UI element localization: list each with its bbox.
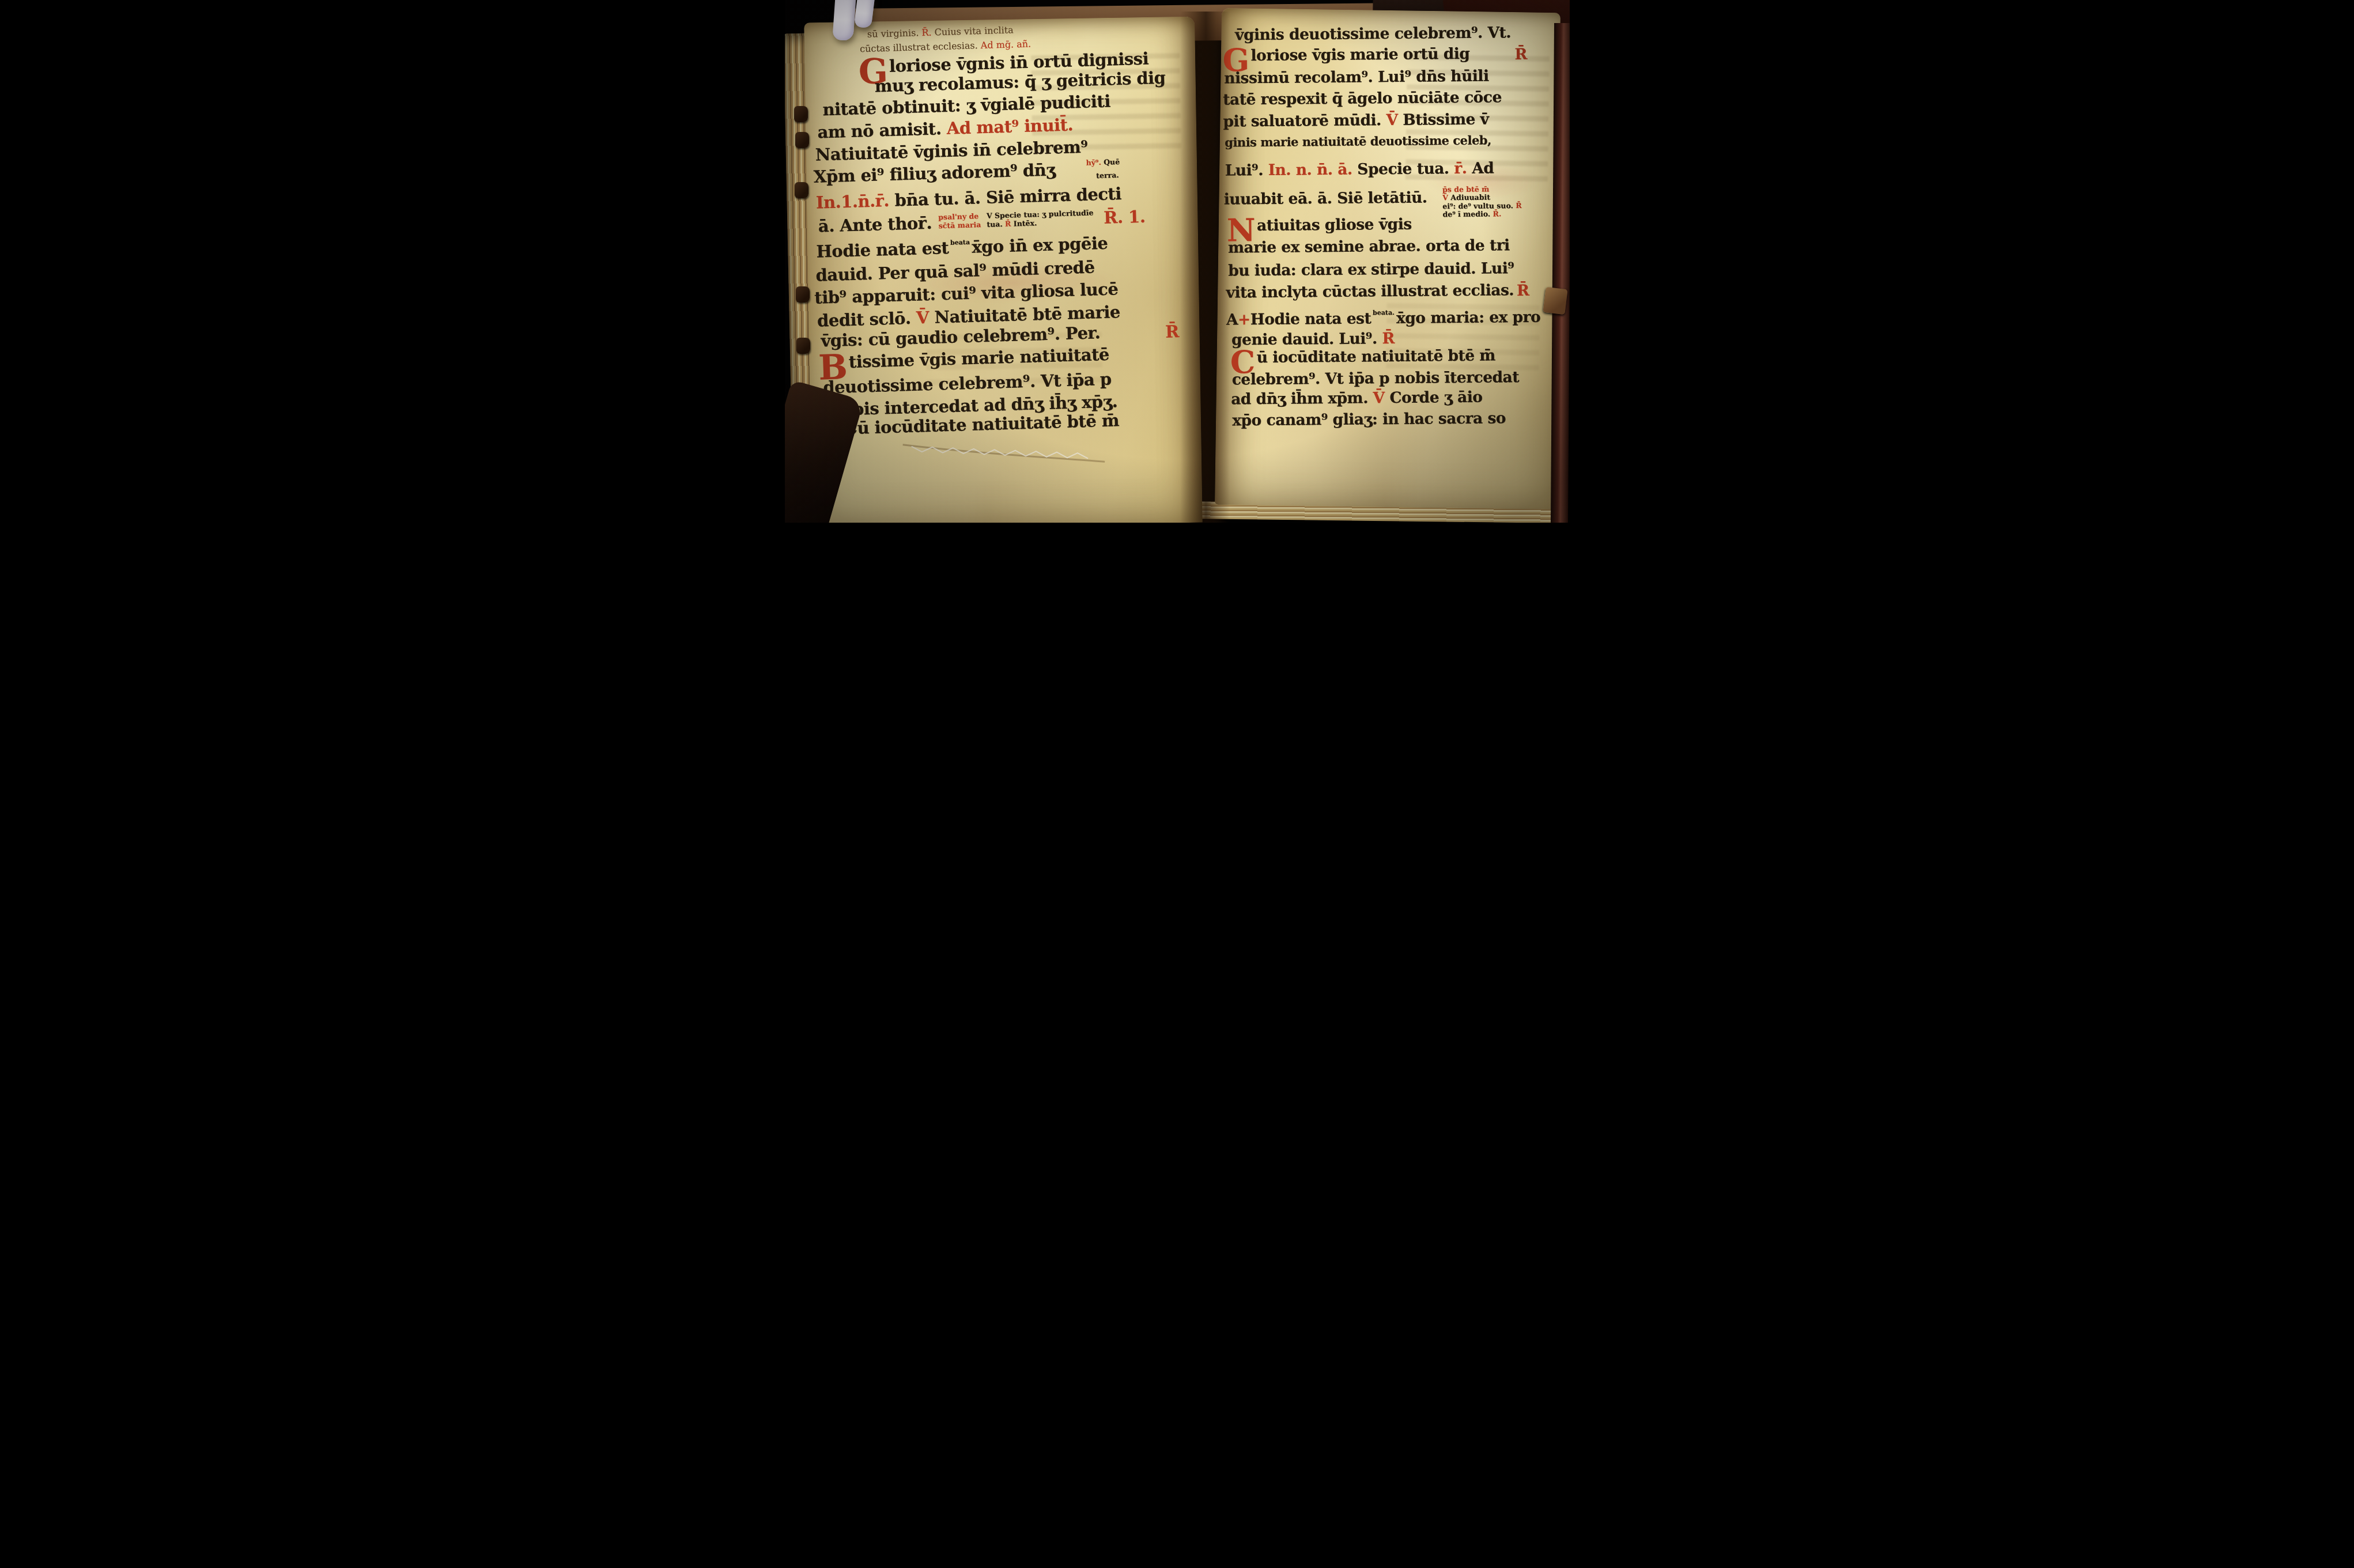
text-segment: dedit sclō. (817, 308, 916, 330)
rubric: R̄ (1516, 201, 1522, 210)
text-line: pit saluatorē mūdi. V̄ Btissime v̄ (1223, 112, 1488, 130)
text-line: ad dn̄ʒ ih̄m xp̄m. V̄ Corde ʒ āio (1230, 390, 1482, 407)
rubric: V̄ (1373, 389, 1389, 407)
text-line: Natiuitatē v̄ginis in̄ celebrem⁹ (815, 138, 1087, 163)
text-segment: tatē respexit q̄ āgelo nūciāte cōce (1223, 88, 1502, 108)
rubric: hȳ⁹. (1086, 157, 1104, 167)
marginal-note: psal'ny desc̄tā maria (938, 213, 981, 231)
marginal-note-line: de⁹ ī medio. R̄. (1442, 210, 1521, 219)
text-segment: Intēx. (1013, 218, 1037, 228)
text-line: nissimū recolam⁹. Lui⁹ dn̄s hūili (1224, 69, 1488, 86)
rubric: R̄. 1. (1098, 207, 1146, 228)
text-line: R̄ (1165, 323, 1178, 341)
leather-index-tab (795, 132, 809, 148)
rubric: V̄ (1386, 111, 1403, 129)
marginal-note-line: sc̄tā maria (938, 221, 981, 231)
clasp-remnant (1543, 287, 1567, 315)
text-line: ā. Ante thor̄. psal'ny desc̄tā mariaV Sp… (818, 209, 1145, 235)
text-line: v̄ginis deuotissime celebrem⁹. Vt. (1234, 26, 1510, 44)
text-line: R̄ (1516, 284, 1529, 299)
text-segment: celebrem⁹. Vt ip̄a p nobis ītercedat (1231, 368, 1519, 388)
text-line: dauid. Per quā sal⁹ mūdi credē (815, 259, 1095, 284)
rubric: R̄. (1492, 209, 1501, 218)
interlinear-gloss: beata (950, 239, 969, 247)
text-segment: nissimū recolam⁹. Lui⁹ dn̄s hūili (1224, 67, 1488, 87)
text-segment: ei⁹: de⁹ vultu suo. (1442, 201, 1516, 210)
leather-index-tab (796, 286, 810, 303)
text-segment: ginis marie natiuitatē deuotissime celeb… (1225, 133, 1491, 150)
text-line: xp̄o canam⁹ gliaʒ: in hac sacra so (1232, 411, 1506, 429)
right-page-text: v̄ginis deuotissime celebrem⁹. Vt.Glorio… (1216, 9, 1559, 508)
text-segment: iuuabit eā. ā. Siē letātiū. (1223, 188, 1427, 208)
marginal-note: p̄s de btē m̄V̄ Adiuuabitei⁹: de⁹ vultu … (1442, 185, 1521, 219)
text-line: iuuabit eā. ā. Siē letātiū. (1223, 190, 1427, 207)
text-segment: ad dn̄ʒ ih̄m xp̄m. (1230, 390, 1373, 409)
right-page: v̄ginis deuotissime celebrem⁹. Vt.Glorio… (1215, 8, 1560, 509)
text-segment: Ad (1472, 159, 1494, 177)
text-segment: ū iocūditate natiuitatē btē m̄ (1256, 346, 1495, 367)
text-segment: vita inclyta cūctas illustrat ecclias. (1226, 281, 1514, 301)
rubric: Ad mat⁹ inuit̄. (946, 115, 1073, 138)
text-segment: tua. (987, 220, 1005, 229)
rubric: R̄ (1382, 330, 1395, 347)
rubric: + (1237, 311, 1250, 328)
rubric: r̄. (1454, 160, 1472, 177)
rubric: R̄ (1514, 45, 1527, 63)
text-segment: v̄ginis deuotissime celebrem⁹. Vt. (1234, 24, 1510, 44)
text-line: vita inclyta cūctas illustrat ecclias. (1226, 283, 1514, 301)
text-line: A+Hodie nata estbeata.x̄go maria: ex pro (1226, 309, 1540, 327)
leather-index-tab (796, 338, 810, 354)
text-line: bu iuda: clara ex stirpe dauid. Lui⁹ (1228, 261, 1514, 279)
text-segment: Quē (1103, 157, 1119, 167)
rubric: sc̄tā maria (938, 220, 981, 230)
text-line: celebrem⁹. Vt ip̄a p nobis ītercedat (1231, 370, 1519, 388)
text-segment: bn̄a tu. ā. Siē mirra decti (894, 184, 1121, 210)
text-segment: Hodie nata est (815, 238, 949, 262)
leather-binding-right (1550, 23, 1569, 523)
text-line: marie ex semine abrae. orta de tri (1227, 239, 1509, 256)
text-segment: x̄go maria: ex pro (1396, 308, 1540, 327)
text-segment: marie ex semine abrae. orta de tri (1227, 237, 1509, 257)
book-gutter-shadow (1180, 12, 1230, 523)
text-segment: atiuitas gliose v̄gis (1256, 215, 1411, 234)
text-segment: Lui⁹. (1225, 161, 1268, 180)
text-line: am nō amisit. Ad mat⁹ inuit̄. (817, 116, 1072, 141)
text-segment: bu iuda: clara ex stirpe dauid. Lui⁹ (1228, 259, 1514, 279)
text-segment: ā. Ante thor̄. (818, 213, 938, 236)
text-segment: Hodie nata est (1250, 309, 1371, 328)
text-line: sū virginis. R̄. Cuius vita inclita (867, 26, 1013, 40)
text-segment: terra. (1095, 171, 1119, 180)
text-line: tatē respexit q̄ āgelo nūciāte cōce (1223, 90, 1502, 108)
text-line: terra. (1096, 172, 1119, 180)
rubric: Ad mḡ. añ. (980, 38, 1031, 51)
marginal-note-line: tua. R̄ Intēx. (987, 217, 1094, 229)
text-line: In.1.n̄.r̄. bn̄a tu. ā. Siē mirra decti (815, 186, 1121, 211)
rubric: R̄ (1004, 219, 1013, 228)
leather-index-tab (794, 106, 808, 122)
text-segment: xp̄o canam⁹ gliaʒ: in hac sacra so (1232, 410, 1506, 430)
text-segment: Corde ʒ āio (1389, 388, 1482, 407)
text-segment: pit saluatorē mūdi. (1223, 111, 1386, 130)
text-segment: Btissime v̄ (1403, 110, 1488, 129)
rubric: V̄ (916, 307, 935, 327)
left-page-text: sū virginis. R̄. Cuius vita inclitacūcta… (804, 17, 1203, 523)
manuscript-photo: sū virginis. R̄. Cuius vita inclitacūcta… (785, 0, 1570, 523)
text-segment: loriose v̄gis marie ortū dig (1250, 45, 1469, 65)
text-line: Hodie nata estbeatax̄go in̄ ex pgēie (815, 235, 1108, 260)
text-segment: sū virginis. (867, 27, 921, 40)
text-segment: x̄go in̄ ex pgēie (971, 233, 1108, 257)
rubric: In. n. n̄. ā. (1268, 160, 1357, 179)
text-line: Lui⁹. In. n. n̄. ā. Specie tua. r̄. Ad (1225, 161, 1494, 179)
rubric: R̄ (1516, 282, 1529, 300)
text-segment: Adiuuabit (1450, 193, 1490, 202)
interlinear-gloss: beata. (1372, 308, 1394, 316)
text-segment: am nō amisit. (817, 119, 946, 142)
leather-index-tab (795, 182, 808, 198)
text-line: hȳ⁹. Quē (1086, 158, 1120, 167)
text-segment: Specie tua. (1357, 160, 1454, 178)
marginal-note: V Specie tua: ʒ pulcritudīetua. R̄ Intēx… (986, 209, 1093, 229)
text-line: Xp̄m ei⁹ filiuʒ adorem⁹ dn̄ʒ (813, 162, 1055, 186)
text-line: ginis marie natiuitatē deuotissime celeb… (1225, 134, 1491, 149)
rubric: R̄. (921, 27, 935, 39)
rubric: V̄ (1442, 193, 1450, 202)
text-segment: de⁹ ī medio. (1442, 209, 1492, 218)
white-glove-finger (832, 0, 856, 41)
rubric: In.1.n̄.r̄. (815, 191, 895, 213)
text-line: R̄ (1514, 47, 1527, 62)
text-segment: Cuius vita inclita (934, 25, 1014, 38)
text-segment: Xp̄m ei⁹ filiuʒ adorem⁹ dn̄ʒ (813, 160, 1055, 187)
left-page: sū virginis. R̄. Cuius vita inclitacūcta… (804, 17, 1203, 523)
rubric: R̄ (1165, 322, 1179, 342)
text-line: p̄s de btē m̄V̄ Adiuuabitei⁹: de⁹ vultu … (1441, 186, 1526, 219)
